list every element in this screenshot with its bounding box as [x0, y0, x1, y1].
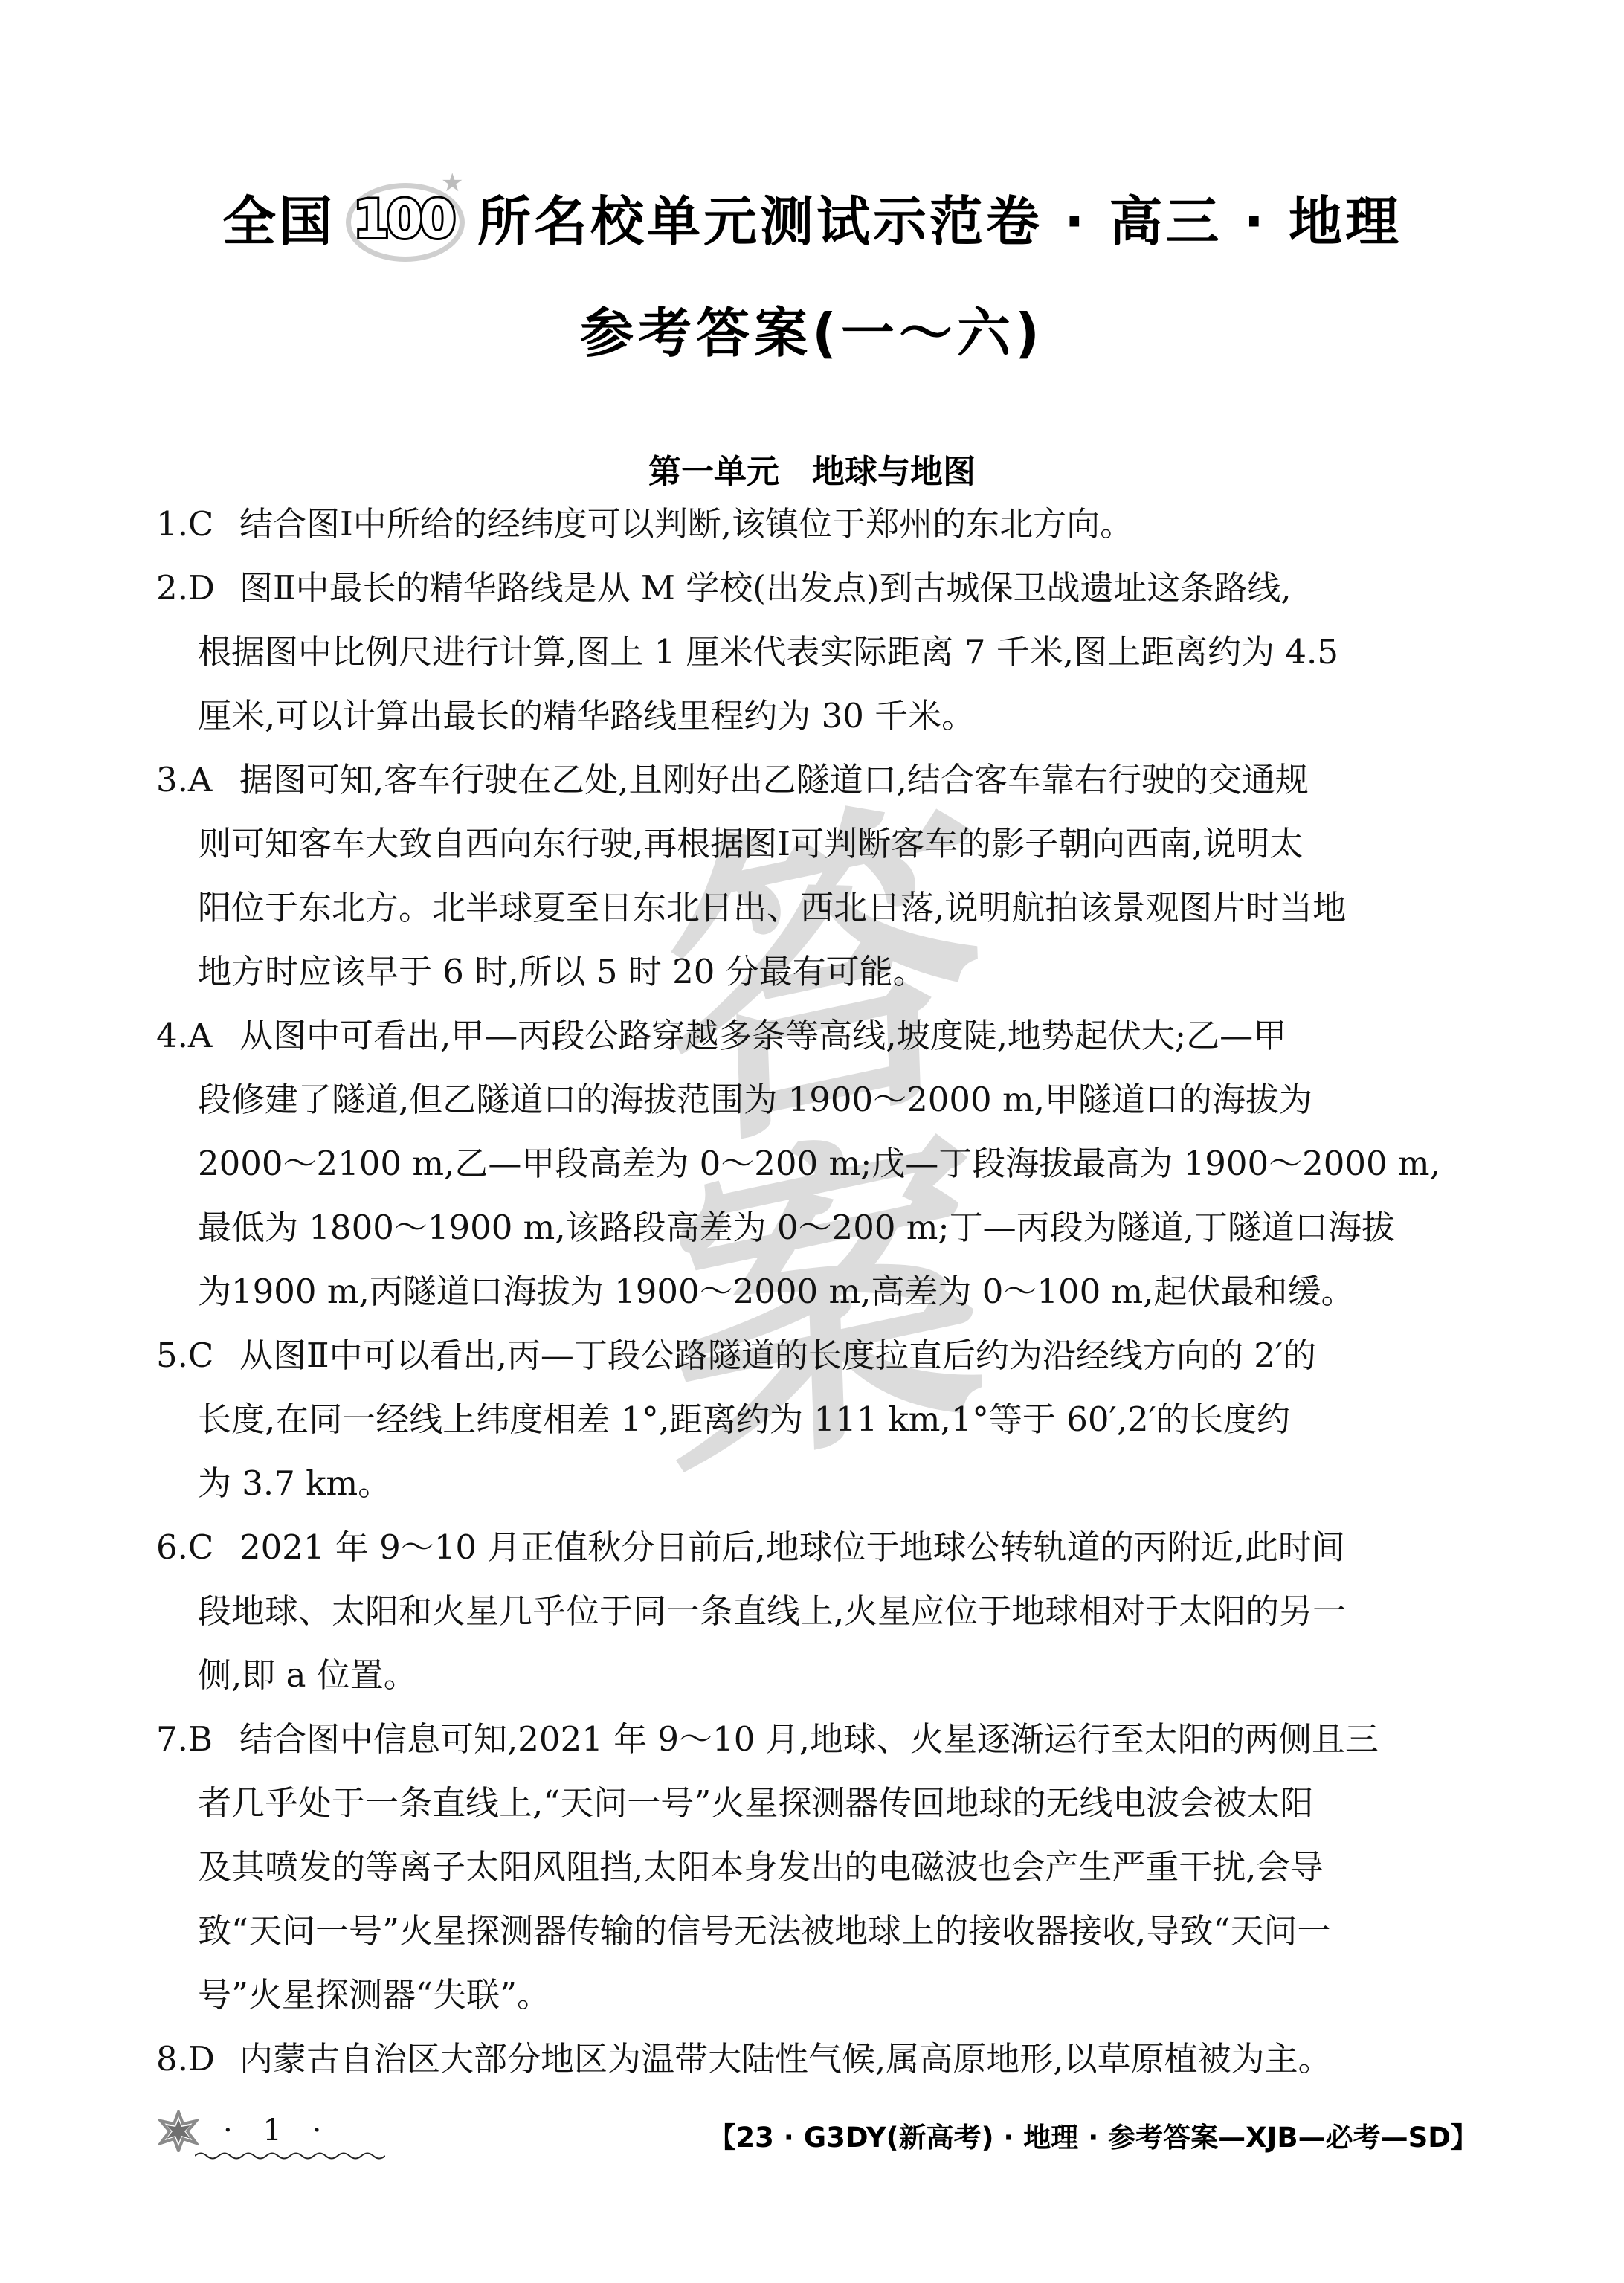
answer-text: 地方时应该早于 6 时,所以 5 时 20 分最有可能。 [156, 940, 1474, 1004]
answer-text: 2000～2100 m,乙—甲段高差为 0～200 m;戊—丁段海拔最高为 19… [156, 1132, 1474, 1196]
page-subtitle: 参考答案(一～六) [0, 290, 1624, 367]
star-badge-icon [158, 2110, 199, 2152]
answer-text: 内蒙古自治区大部分地区为温带大陆性气候,属高原地形,以草原植被为主。 [239, 2039, 1332, 2078]
logo-number: 100 [353, 189, 453, 250]
answer-text: 最低为 1800～1900 m,该路段高差为 0～200 m;丁—丙段为隧道,丁… [156, 1196, 1474, 1260]
answer-number: 6.C [156, 1516, 239, 1580]
unit-heading: 第一单元 地球与地图 [0, 445, 1624, 492]
page-title: 全国 100 ★ 所名校单元测试示范卷 · 高三 · 地理 [0, 173, 1624, 262]
document-code: 【23 · G3DY(新高考) · 地理 · 参考答案—XJB—必考—SD】 [708, 2115, 1478, 2155]
answer-text: 为1900 m,丙隧道口海拔为 1900～2000 m,高差为 0～100 m,… [156, 1260, 1474, 1324]
answer-item: 7.B结合图中信息可知,2021 年 9～10 月,地球、火星逐渐运行至太阳的两… [156, 1707, 1474, 2027]
page-footer: · 1 · 【23 · G3DY(新高考) · 地理 · 参考答案—XJB—必考… [0, 2109, 1624, 2168]
answer-item: 8.D内蒙古自治区大部分地区为温带大陆性气候,属高原地形,以草原植被为主。 [156, 2027, 1474, 2091]
answer-text: 致“天问一号”火星探测器传输的信号无法被地球上的接收器接收,导致“天问一 [156, 1899, 1474, 1963]
answer-number: 7.B [156, 1707, 239, 1771]
answer-text: 结合图中信息可知,2021 年 9～10 月,地球、火星逐渐运行至太阳的两侧且三 [239, 1719, 1379, 1759]
answer-number: 4.A [156, 1004, 239, 1068]
answer-text: 图Ⅱ中最长的精华路线是从 M 学校(出发点)到古城保卫战遗址这条路线, [239, 568, 1292, 608]
wavy-underline [195, 2151, 385, 2161]
answer-number: 2.D [156, 556, 239, 620]
answer-item: 2.D图Ⅱ中最长的精华路线是从 M 学校(出发点)到古城保卫战遗址这条路线, 根… [156, 556, 1474, 748]
answer-number: 5.C [156, 1324, 239, 1388]
star-icon: ★ [441, 168, 463, 198]
answer-item: 3.A据图可知,客车行驶在乙处,且刚好出乙隧道口,结合客车靠右行驶的交通规 则可… [156, 748, 1474, 1004]
answer-text: 从图Ⅱ中可以看出,丙—丁段公路隧道的长度拉直后约为沿经线方向的 2′的 [239, 1336, 1316, 1375]
answer-text: 及其喷发的等离子太阳风阻挡,太阳本身发出的电磁波也会产生严重干扰,会导 [156, 1835, 1474, 1899]
answer-text: 段地球、太阳和火星几乎位于同一条直线上,火星应位于地球相对于太阳的另一 [156, 1580, 1474, 1643]
answer-text: 长度,在同一经线上纬度相差 1°,距离约为 111 km,1°等于 60′,2′… [156, 1388, 1474, 1452]
answer-text: 厘米,可以计算出最长的精华路线里程约为 30 千米。 [156, 684, 1474, 748]
page-number: · 1 · [223, 2113, 332, 2148]
answer-number: 8.D [156, 2027, 239, 2091]
answer-text: 2021 年 9～10 月正值秋分日前后,地球位于地球公转轨道的丙附近,此时间 [239, 1527, 1345, 1567]
answer-list: 1.C结合图Ⅰ中所给的经纬度可以判断,该镇位于郑州的东北方向。 2.D图Ⅱ中最长… [156, 492, 1474, 2091]
answer-item: 4.A从图中可看出,甲—丙段公路穿越多条等高线,坡度陡,地势起伏大;乙—甲 段修… [156, 1004, 1474, 1324]
answer-text: 者几乎处于一条直线上,“天问一号”火星探测器传回地球的无线电波会被太阳 [156, 1771, 1474, 1835]
answer-text: 根据图中比例尺进行计算,图上 1 厘米代表实际距离 7 千米,图上距离约为 4.… [156, 620, 1474, 684]
answer-item: 6.C2021 年 9～10 月正值秋分日前后,地球位于地球公转轨道的丙附近,此… [156, 1516, 1474, 1707]
brand-logo: 100 ★ [341, 173, 471, 262]
answer-text: 结合图Ⅰ中所给的经纬度可以判断,该镇位于郑州的东北方向。 [239, 504, 1133, 544]
answer-item: 1.C结合图Ⅰ中所给的经纬度可以判断,该镇位于郑州的东北方向。 [156, 492, 1474, 556]
answer-text: 为 3.7 km。 [156, 1452, 1474, 1516]
answer-text: 则可知客车大致自西向东行驶,再根据图Ⅰ可判断客车的影子朝向西南,说明太 [156, 812, 1474, 876]
title-suffix: 所名校单元测试示范卷 · 高三 · 地理 [477, 178, 1402, 256]
answer-text: 段修建了隧道,但乙隧道口的海拔范围为 1900～2000 m,甲隧道口的海拔为 [156, 1068, 1474, 1132]
title-prefix: 全国 [222, 178, 335, 256]
answer-number: 1.C [156, 492, 239, 556]
answer-text: 据图可知,客车行驶在乙处,且刚好出乙隧道口,结合客车靠右行驶的交通规 [239, 760, 1309, 799]
answer-item: 5.C从图Ⅱ中可以看出,丙—丁段公路隧道的长度拉直后约为沿经线方向的 2′的 长… [156, 1324, 1474, 1516]
answer-text: 阳位于东北方。北半球夏至日东北日出、西北日落,说明航拍该景观图片时当地 [156, 876, 1474, 940]
answer-text: 号”火星探测器“失联”。 [156, 1963, 1474, 2027]
answer-number: 3.A [156, 748, 239, 812]
answer-text: 侧,即 a 位置。 [156, 1643, 1474, 1707]
answer-text: 从图中可看出,甲—丙段公路穿越多条等高线,坡度陡,地势起伏大;乙—甲 [239, 1016, 1286, 1055]
